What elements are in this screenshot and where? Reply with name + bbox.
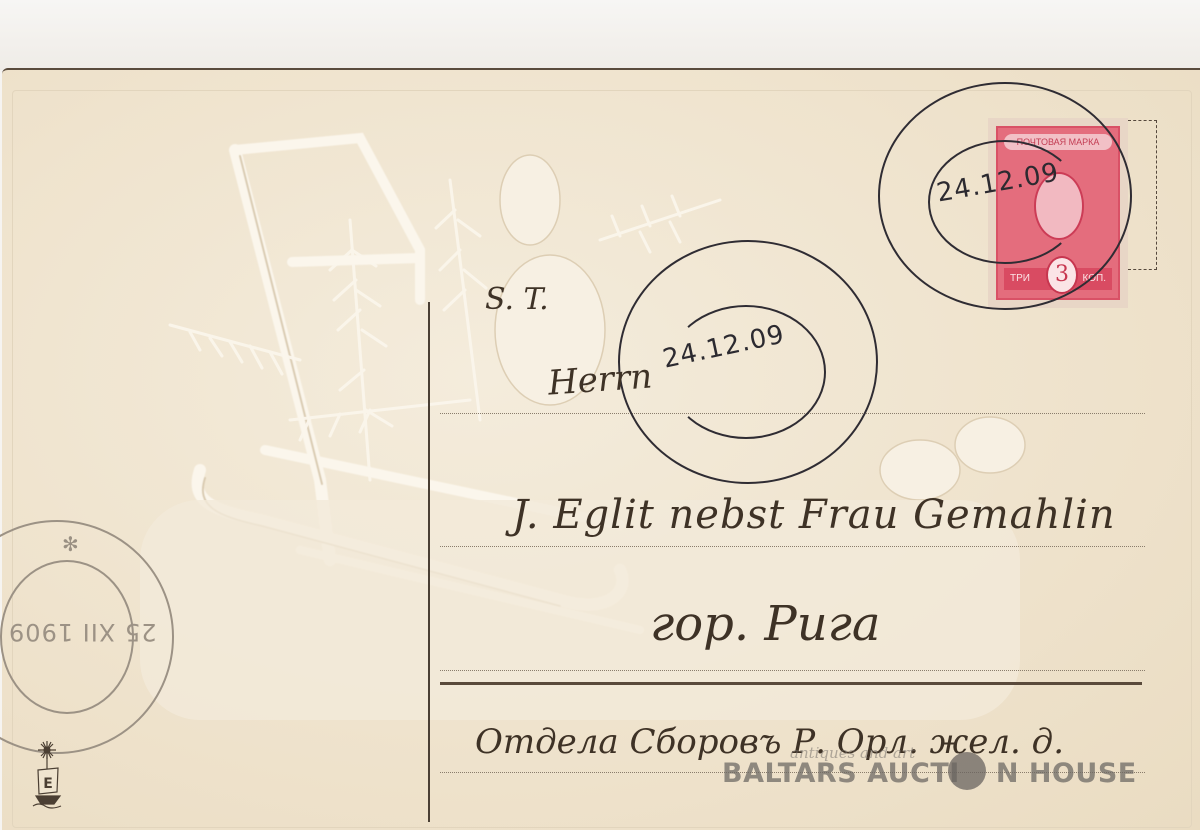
address-line-3	[440, 670, 1145, 671]
handwritten-prefix: S. T.	[485, 282, 549, 317]
address-divider-line	[428, 302, 430, 822]
handwritten-salutation: Herrn	[547, 356, 654, 403]
handwritten-recipient: J. Eglit nebst Frau Gemahlin	[512, 492, 1116, 538]
watermark-brand-right: N HOUSE	[996, 758, 1137, 789]
ship-sun-logo-icon: E	[30, 740, 64, 810]
watermark-brand: BALTARS AUCTIN HOUSE	[722, 758, 1137, 789]
postmark-center-inner	[666, 305, 826, 439]
postmark-left-star-icon: ✻	[62, 532, 79, 557]
stamp-placement-box	[1128, 120, 1157, 270]
watermark-globe-icon	[948, 752, 986, 790]
handwritten-city: гор. Рига	[650, 596, 880, 652]
svg-text:E: E	[43, 776, 53, 792]
address-underline	[440, 682, 1142, 685]
address-line-2	[440, 546, 1145, 547]
postmark-left-date: 25 XII 1909	[8, 618, 156, 646]
watermark-brand-left: BALTARS AUCTI	[722, 758, 960, 789]
background	[0, 0, 1200, 70]
